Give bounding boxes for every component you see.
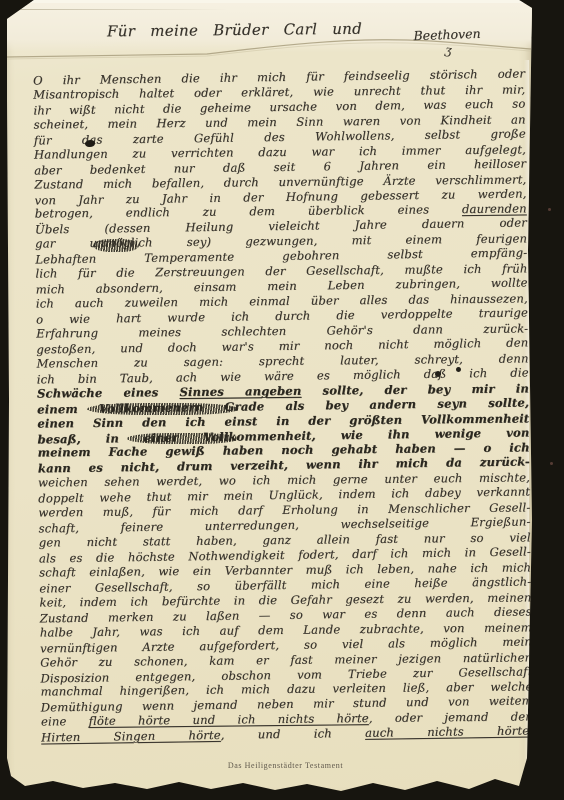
ink-dot xyxy=(435,371,441,377)
scan-background: Für meine Brüder Carl und Beethoven ʒ O … xyxy=(0,0,564,800)
manuscript-page: Für meine Brüder Carl und Beethoven ʒ O … xyxy=(7,0,532,793)
ink-scribble xyxy=(87,403,239,415)
ink-dot xyxy=(456,367,461,372)
ink-scribble xyxy=(93,239,139,252)
ink-blot xyxy=(85,140,95,147)
dust-speck xyxy=(550,462,553,465)
signature-name: Beethoven xyxy=(405,26,489,44)
dust-speck xyxy=(548,208,551,211)
caption: Das Heiligenstädter Testament xyxy=(7,761,532,770)
ink-scribble xyxy=(127,433,239,444)
dedication-line: Für meine Brüder Carl und xyxy=(107,20,362,41)
